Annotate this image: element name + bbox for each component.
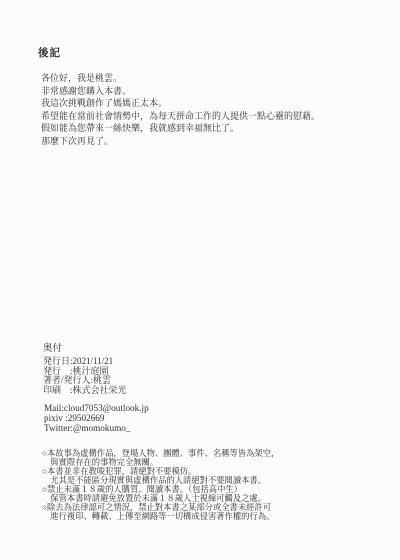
twitter-line: Twitter:@momokumo_	[44, 424, 149, 434]
afterword-line: 假如能為您帶來一絲快樂，我就感到幸福無比了。	[41, 122, 320, 135]
afterword-body: 各位好，我是桃雲。 非常感謝您購入本書。 我這次挑戰創作了媽媽正太本。 希望能在…	[41, 72, 320, 147]
disclaimer-fiction: ○本故事為虛構作品，登場人物、團體、事件、名稱等皆為架空， 與實際存在的事物完全…	[42, 449, 372, 467]
afterword-line: 我這次挑戰創作了媽媽正太本。	[41, 97, 320, 110]
disclaimer-age-restriction: ○禁止未滿１８歲的人購買、閱讀本書。（包括高中生） 保管本書時請避免放置於未滿１…	[42, 485, 372, 503]
afterword-line: 那麼下次再見了。	[41, 135, 320, 148]
printer-line: 印刷 :株式会社栄光	[43, 386, 127, 396]
afterword-line: 希望能在當前社會情勢中，為每天拼命工作的人提供一點心靈的慰藉。	[41, 110, 320, 123]
colophon-publication: 発行日:2021/11/21 発行 :桃汁庭園 著者/発行人:桃雲 印刷 :株式…	[43, 357, 127, 395]
disclaimer-no-imitation: ○本書並非在教唆犯罪，請絕對不要模仿。 尤其是不能區分現實與虛構作品的人請絕對不…	[42, 467, 372, 485]
scanned-afterword-page: 後記 各位好，我是桃雲。 非常感謝您購入本書。 我這次挑戰創作了媽媽正太本。 希…	[0, 0, 400, 560]
afterword-line: 非常感謝您購入本書。	[41, 85, 320, 98]
colophon-title: 奥付	[43, 340, 62, 354]
afterword-title: 後記	[38, 45, 61, 60]
disclaimers-section: ○本故事為虛構作品，登場人物、團體、事件、名稱等皆為架空， 與實際存在的事物完全…	[42, 449, 372, 521]
afterword-line: 各位好，我是桃雲。	[41, 72, 320, 85]
colophon-contacts: Mail:cloud7053@outlook.jp pixiv :2950266…	[44, 404, 149, 433]
disclaimer-copyright: ○除去為法律認可之情況，禁止對本書之某部分或全書未經許可 進行複印、轉載、上傳至…	[42, 503, 372, 521]
